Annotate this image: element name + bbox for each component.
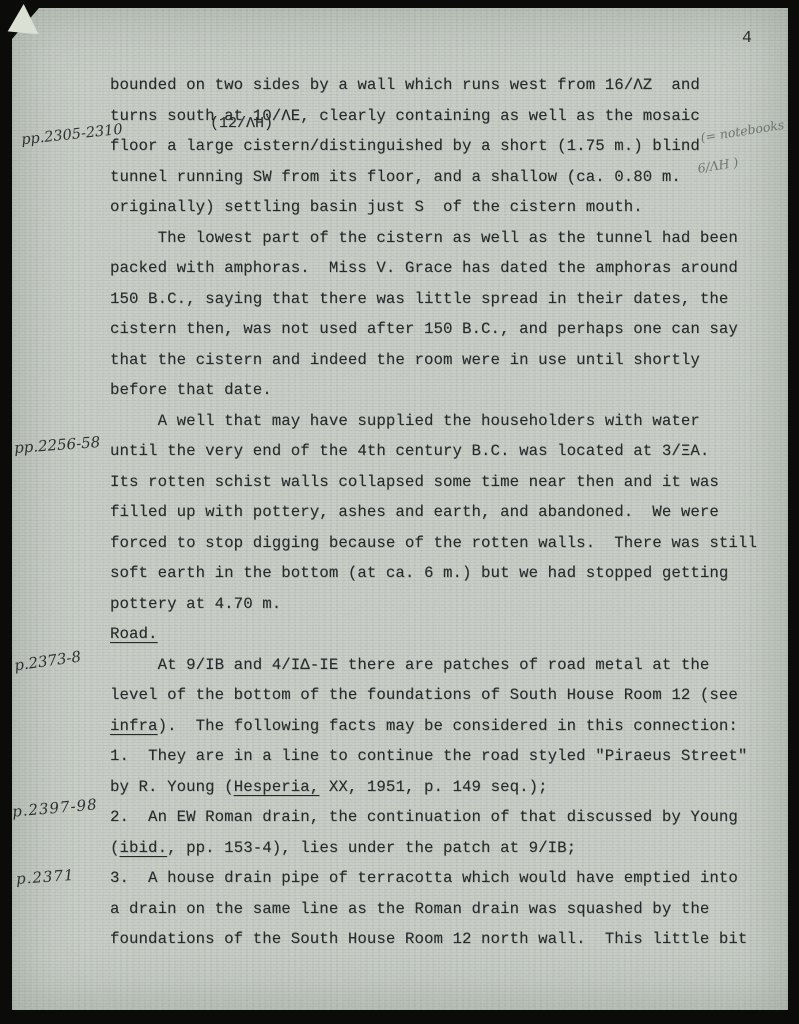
margin-note-notebooks-line2: 6/ΛH ) [681, 147, 790, 179]
text-line: 3. A house drain pipe of terracotta whic… [110, 863, 778, 894]
text-line: bounded on two sides by a wall which run… [110, 70, 778, 101]
margin-note-page-2373-8: p.2373-8 [13, 647, 82, 674]
text-line: 150 B.C., saying that there was little s… [110, 284, 778, 315]
text-line: that the cistern and indeed the room wer… [110, 345, 778, 376]
text-line: A well that may have supplied the househ… [110, 406, 778, 437]
text-line: until the very end of the 4th century B.… [110, 436, 778, 467]
text-line: level of the bottom of the foundations o… [110, 680, 778, 711]
text-line: 1. They are in a line to continue the ro… [110, 741, 778, 772]
margin-note-pages-2256-58: pp.2256-58 [13, 433, 100, 457]
text-line: infra). The following facts may be consi… [110, 711, 778, 742]
text-line: 2. An EW Roman drain, the continuation o… [110, 802, 778, 833]
text-line: Its rotten schist walls collapsed some t… [110, 467, 778, 498]
margin-note-page-2371: p.2371 [15, 866, 75, 888]
margin-note-page-2397-98: p.2397-98 [11, 795, 98, 820]
text-line: pottery at 4.70 m. [110, 589, 778, 620]
text-line: (ibid., pp. 153-4), lies under the patch… [110, 833, 778, 864]
text-line: soft earth in the bottom (at ca. 6 m.) b… [110, 558, 778, 589]
interlinear-insertion: (12/ΛH) [210, 115, 273, 132]
margin-note-notebooks: (= notebooks 6/ΛH ) [674, 102, 795, 208]
text-line: before that date. [110, 375, 778, 406]
text-line: packed with amphoras. Miss V. Grace has … [110, 253, 778, 284]
page-number: 4 [742, 28, 752, 47]
margin-note-pages-2305-2310: pp.2305-2310 [20, 122, 123, 149]
text-line: At 9/IB and 4/IΔ-IE there are patches of… [110, 650, 778, 681]
text-line: The lowest part of the cistern as well a… [110, 223, 778, 254]
text-line: tunnel running SW from its floor, and a … [110, 162, 778, 193]
text-line: filled up with pottery, ashes and earth,… [110, 497, 778, 528]
text-line: cistern then, was not used after 150 B.C… [110, 314, 778, 345]
text-line: Road. [110, 619, 778, 650]
text-line: originally) settling basin just S of the… [110, 192, 778, 223]
margin-note-notebooks-line1: (= notebooks [700, 117, 786, 145]
text-line: by R. Young (Hesperia, XX, 1951, p. 149 … [110, 772, 778, 803]
text-line: foundations of the South House Room 12 n… [110, 924, 778, 955]
scanned-document: 4 bounded on two sides by a wall which r… [0, 0, 799, 1024]
typewritten-text: bounded on two sides by a wall which run… [110, 70, 778, 955]
text-line: forced to stop digging because of the ro… [110, 528, 778, 559]
text-line: a drain on the same line as the Roman dr… [110, 894, 778, 925]
typewritten-page: 4 bounded on two sides by a wall which r… [12, 8, 788, 1010]
